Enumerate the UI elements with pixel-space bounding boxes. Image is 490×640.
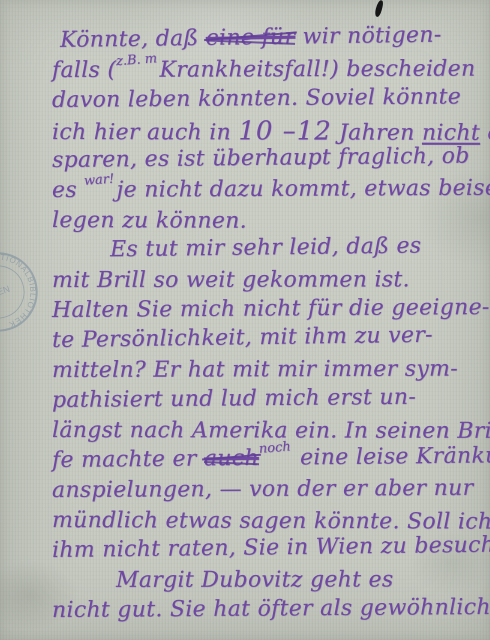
handwriting-segment: wir nötigen- <box>295 23 442 50</box>
manuscript-line: mit Brill so weit gekommen ist. <box>52 265 488 296</box>
manuscript-line: Margit Dubovitz geht es <box>52 565 488 596</box>
manuscript-line: anspielungen, — von der er aber nur <box>52 474 488 506</box>
manuscript-line: mitteln? Er hat mit mir immer sym- <box>52 354 488 386</box>
handwriting-segment: Krankheitsfall!) bescheiden <box>159 57 475 83</box>
handwriting-segment: 10 –12 <box>238 116 331 146</box>
handwriting-segment: falls ( <box>52 58 116 83</box>
inserted-word: z.B. m <box>115 44 158 77</box>
handwriting-segment: legen zu können. <box>52 208 247 234</box>
handwriting-segment: es <box>52 178 84 203</box>
handwriting-segment: Halten Sie mich nicht für die geeigne- <box>52 295 490 323</box>
ink-stroke-mark <box>374 0 384 17</box>
manuscript-line: te Persönlichkeit, mit ihm zu ver- <box>52 320 488 356</box>
handwriting-segment: te Persönlichkeit, mit ihm zu ver- <box>52 323 433 353</box>
struck-word: eine für <box>206 25 296 51</box>
library-stamp: NATIONALBIBLIOTHEK WIEN <box>0 239 51 345</box>
handwriting-segment: Es tut mir sehr leid, daß es <box>110 233 422 262</box>
handwriting-segment: mitteln? Er hat mit mir immer sym- <box>52 357 458 383</box>
handwriting-segment: ihm nicht raten, Sie in Wien zu besuchen… <box>52 532 490 563</box>
manuscript-line: Es tut mir sehr leid, daß es <box>52 231 488 266</box>
handwriting-segment: nicht gut. Sie hat öfter als gewöhnlich <box>52 595 490 623</box>
manuscript-line: es war!je nicht dazu kommt, etwas beisei… <box>52 174 488 206</box>
handwriting-segment: anspielungen, — von der er aber nur <box>52 476 474 503</box>
manuscript-line: fe machte er auchnoch eine leise Kränkun… <box>52 441 488 476</box>
handwriting-segment: fe machte er <box>52 446 204 473</box>
handwriting-segment: Margit Dubovitz geht es <box>116 567 393 592</box>
handwriting-segment: sparen, es ist überhaupt fraglich, ob <box>52 144 470 173</box>
manuscript-line: falls (z.B. mKrankheitsfall!) bescheiden <box>52 54 488 86</box>
manuscript-line: pathisiert und lud mich erst un- <box>52 382 488 416</box>
inserted-word: war! <box>83 165 115 197</box>
manuscript-line: ihm nicht raten, Sie in Wien zu besuchen… <box>52 531 488 566</box>
handwriting-segment: pathisiert und lud mich erst un- <box>52 385 416 413</box>
handwriting-segment: eine leise Kränkungs- <box>293 443 490 471</box>
manuscript-line: davon leben könnten. Soviel könnte <box>52 82 488 116</box>
manuscript-line: nicht gut. Sie hat öfter als gewöhnlich <box>52 593 488 626</box>
manuscript-text: Könnte, daß eine für wir nötigen-falls (… <box>52 26 488 626</box>
handwriting-segment: je nicht dazu kommt, etwas beiseite- <box>116 175 490 202</box>
struck-word: auch <box>204 446 259 472</box>
handwriting-segment: ich hier auch in <box>52 120 238 145</box>
handwriting-segment: mit Brill so weit gekommen ist. <box>52 267 410 293</box>
stamp-center-text: WIEN <box>0 284 11 301</box>
inserted-word: noch <box>258 432 292 464</box>
handwriting-segment: davon leben könnten. Soviel könnte <box>52 84 461 113</box>
letter-page: NATIONALBIBLIOTHEK WIEN Könnte, daß eine… <box>0 0 490 640</box>
manuscript-line: sparen, es ist überhaupt fraglich, ob <box>52 141 488 176</box>
